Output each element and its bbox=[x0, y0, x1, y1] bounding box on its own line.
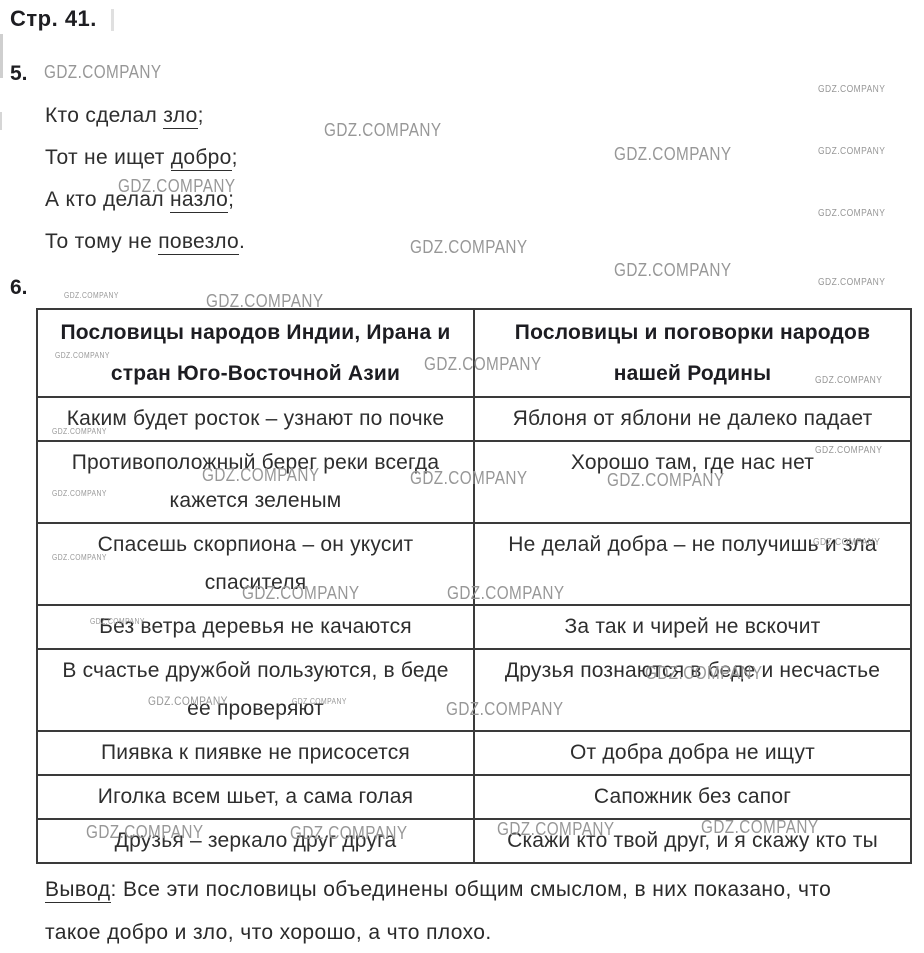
table-row: Без ветра деревья не качаютсяЗа так и чи… bbox=[37, 605, 911, 649]
watermark: GDZ.COMPANY bbox=[614, 260, 731, 281]
poem-line: Кто сделал зло; bbox=[45, 103, 245, 128]
underlined-word: назло bbox=[170, 188, 228, 213]
scan-artifact bbox=[0, 112, 2, 130]
poem-text: А кто делал bbox=[45, 188, 170, 211]
table-cell: Без ветра деревья не качаются bbox=[37, 605, 474, 649]
watermark: GDZ.COMPANY bbox=[410, 237, 527, 258]
proverbs-table: Пословицы народов Индии, Ирана и стран Ю… bbox=[36, 308, 912, 864]
table-cell: Не делай добра – не получишь и зла bbox=[474, 523, 911, 605]
table-cell: Каким будет росток – узнают по почке bbox=[37, 397, 474, 441]
conclusion-text: : Все эти пословицы объединены общим смы… bbox=[45, 878, 831, 944]
poem-text: . bbox=[239, 230, 245, 253]
table-cell: От добра добра не ищут bbox=[474, 731, 911, 775]
poem-text: Тот не ищет bbox=[45, 146, 171, 169]
underlined-word: повезло bbox=[158, 230, 239, 255]
page-title: Стр. 41. bbox=[10, 6, 97, 32]
conclusion: Вывод: Все эти пословицы объединены общи… bbox=[45, 868, 905, 953]
poem-line: То тому не повезло. bbox=[45, 229, 245, 254]
scan-artifact bbox=[0, 34, 3, 78]
table-cell: Противоположный берег реки всегда кажетс… bbox=[37, 441, 474, 523]
table-header-cell: Пословицы народов Индии, Ирана и стран Ю… bbox=[37, 309, 474, 397]
table-row: Спасешь скорпиона – он укусит спасителяН… bbox=[37, 523, 911, 605]
watermark: GDZ.COMPANY bbox=[44, 62, 161, 83]
table-header-cell: Пословицы и поговорки народов нашей Роди… bbox=[474, 309, 911, 397]
underlined-word: добро bbox=[171, 146, 232, 171]
watermark: GDZ.COMPANY bbox=[64, 291, 119, 300]
table-cell: Друзья – зеркало друг друга bbox=[37, 819, 474, 863]
proverbs-table-head: Пословицы народов Индии, Ирана и стран Ю… bbox=[37, 309, 911, 397]
poem-line: Тот не ищет добро; bbox=[45, 145, 245, 170]
watermark: GDZ.COMPANY bbox=[614, 144, 731, 165]
watermark: GDZ.COMPANY bbox=[324, 120, 441, 141]
watermark: GDZ.COMPANY bbox=[818, 84, 885, 95]
exercise-6-number: 6. bbox=[10, 276, 28, 300]
watermark: GDZ.COMPANY bbox=[818, 208, 885, 219]
table-header-row: Пословицы народов Индии, Ирана и стран Ю… bbox=[37, 309, 911, 397]
scan-artifact bbox=[111, 9, 114, 31]
poem-text: Кто сделал bbox=[45, 104, 163, 127]
table-row: Иголка всем шьет, а сама голаяСапожник б… bbox=[37, 775, 911, 819]
exercise-5-number: 5. bbox=[10, 62, 28, 86]
proverbs-table-body: Каким будет росток – узнают по почкеЯбло… bbox=[37, 397, 911, 863]
table-cell: Иголка всем шьет, а сама голая bbox=[37, 775, 474, 819]
poem-text: ; bbox=[228, 188, 234, 211]
table-cell: В счастье дружбой пользуются, в беде ее … bbox=[37, 649, 474, 731]
table-cell: За так и чирей не вскочит bbox=[474, 605, 911, 649]
poem-text: ; bbox=[232, 146, 238, 169]
table-row: В счастье дружбой пользуются, в беде ее … bbox=[37, 649, 911, 731]
poem-line: А кто делал назло; bbox=[45, 187, 245, 212]
poem-text: То тому не bbox=[45, 230, 158, 253]
table-row: Друзья – зеркало друг другаСкажи кто тво… bbox=[37, 819, 911, 863]
document-page: Стр. 41. 5. Кто сделал зло;Тот не ищет д… bbox=[0, 0, 924, 953]
table-cell: Хорошо там, где нас нет bbox=[474, 441, 911, 523]
table-cell: Сапожник без сапог bbox=[474, 775, 911, 819]
conclusion-label: Вывод bbox=[45, 878, 111, 903]
poem-answer: Кто сделал зло;Тот не ищет добро;А кто д… bbox=[45, 103, 245, 271]
table-cell: Пиявка к пиявке не присосется bbox=[37, 731, 474, 775]
table-row: Каким будет росток – узнают по почкеЯбло… bbox=[37, 397, 911, 441]
table-cell: Друзья познаются в беде и несчастье bbox=[474, 649, 911, 731]
poem-text: ; bbox=[198, 104, 204, 127]
table-row: Пиявка к пиявке не присосетсяОт добра до… bbox=[37, 731, 911, 775]
underlined-word: зло bbox=[163, 104, 197, 129]
watermark: GDZ.COMPANY bbox=[818, 146, 885, 157]
table-cell: Спасешь скорпиона – он укусит спасителя bbox=[37, 523, 474, 605]
table-cell: Скажи кто твой друг, и я скажу кто ты bbox=[474, 819, 911, 863]
watermark: GDZ.COMPANY bbox=[818, 277, 885, 288]
table-cell: Яблоня от яблони не далеко падает bbox=[474, 397, 911, 441]
table-row: Противоположный берег реки всегда кажетс… bbox=[37, 441, 911, 523]
